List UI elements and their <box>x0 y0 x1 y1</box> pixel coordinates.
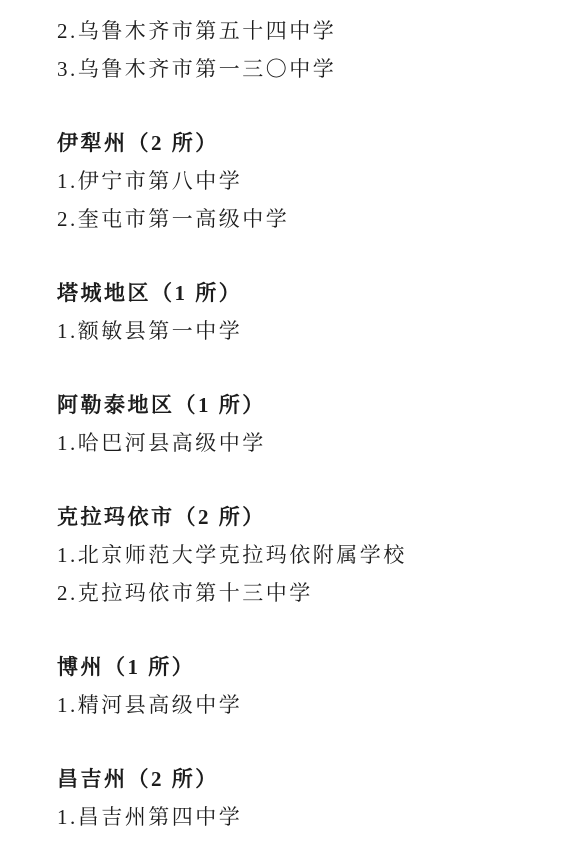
section-header: 昌吉州（2 所） <box>57 760 562 798</box>
region-section-bozhou: 博州（1 所） 1.精河县高级中学 <box>57 648 562 724</box>
list-item: 1.北京师范大学克拉玛依附属学校 <box>57 536 562 574</box>
section-header: 博州（1 所） <box>57 648 562 686</box>
list-item: 1.伊宁市第八中学 <box>57 162 562 200</box>
list-item: 2.奎屯市第一高级中学 <box>57 200 562 238</box>
list-item: 1.哈巴河县高级中学 <box>57 424 562 462</box>
region-section-yili: 伊犁州（2 所） 1.伊宁市第八中学 2.奎屯市第一高级中学 <box>57 124 562 238</box>
section-header: 阿勒泰地区（1 所） <box>57 386 562 424</box>
region-section-kelamayi: 克拉玛依市（2 所） 1.北京师范大学克拉玛依附属学校 2.克拉玛依市第十三中学 <box>57 498 562 612</box>
list-item: 2.克拉玛依市第十三中学 <box>57 574 562 612</box>
section-header: 塔城地区（1 所） <box>57 274 562 312</box>
list-item: 1.额敏县第一中学 <box>57 312 562 350</box>
region-section-changji: 昌吉州（2 所） 1.昌吉州第四中学 <box>57 760 562 836</box>
document-page: 2.乌鲁木齐市第五十四中学 3.乌鲁木齐市第一三〇中学 伊犁州（2 所） 1.伊… <box>0 0 582 845</box>
list-item: 1.精河县高级中学 <box>57 686 562 724</box>
list-item: 1.昌吉州第四中学 <box>57 798 562 836</box>
list-item: 2.乌鲁木齐市第五十四中学 <box>57 12 562 50</box>
section-header: 伊犁州（2 所） <box>57 124 562 162</box>
region-section-aletai: 阿勒泰地区（1 所） 1.哈巴河县高级中学 <box>57 386 562 462</box>
section-header: 克拉玛依市（2 所） <box>57 498 562 536</box>
list-item: 3.乌鲁木齐市第一三〇中学 <box>57 50 562 88</box>
region-section-tacheng: 塔城地区（1 所） 1.额敏县第一中学 <box>57 274 562 350</box>
